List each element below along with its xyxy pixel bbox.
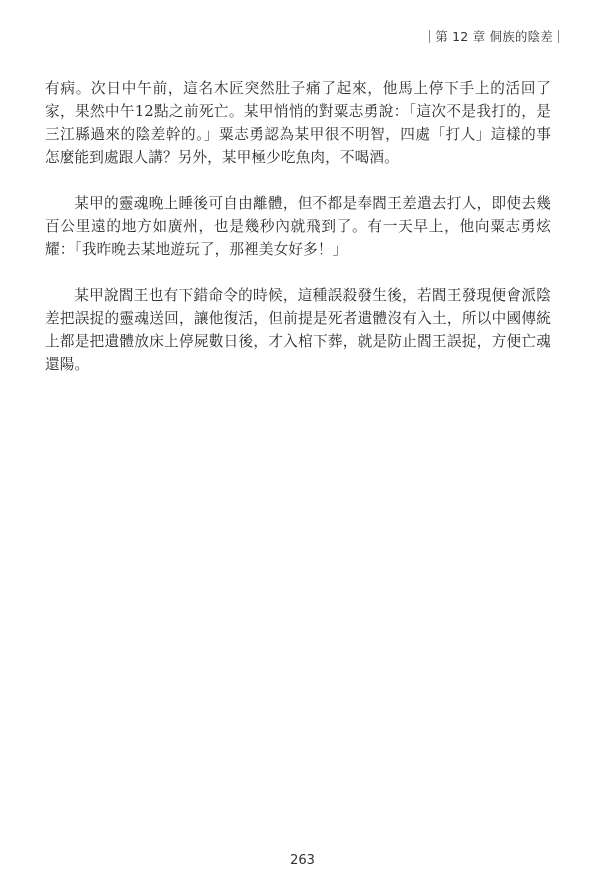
paragraph: 某甲的靈魂晚上睡後可自由離體，但不都是奉閻王差遣去打人，即使去幾百公里遠的地方如… xyxy=(45,192,551,261)
body-text: 有病。次日中午前，這名木匠突然肚子痛了起來，他馬上停下手上的活回了家，果然中午1… xyxy=(45,77,551,376)
header-divider-left xyxy=(429,30,430,43)
header-divider-right xyxy=(558,30,559,43)
paragraph: 某甲說閻王也有下錯命令的時候，這種誤殺發生後，若閻王發現便會派陰差把誤捉的靈魂送… xyxy=(45,284,551,376)
chapter-title: 第 12 章 侗族的陰差 xyxy=(435,27,553,45)
running-header: 第 12 章 侗族的陰差 xyxy=(429,27,559,45)
paragraph-continued: 有病。次日中午前，這名木匠突然肚子痛了起來，他馬上停下手上的活回了家，果然中午1… xyxy=(45,77,551,169)
page-number: 263 xyxy=(0,853,605,868)
